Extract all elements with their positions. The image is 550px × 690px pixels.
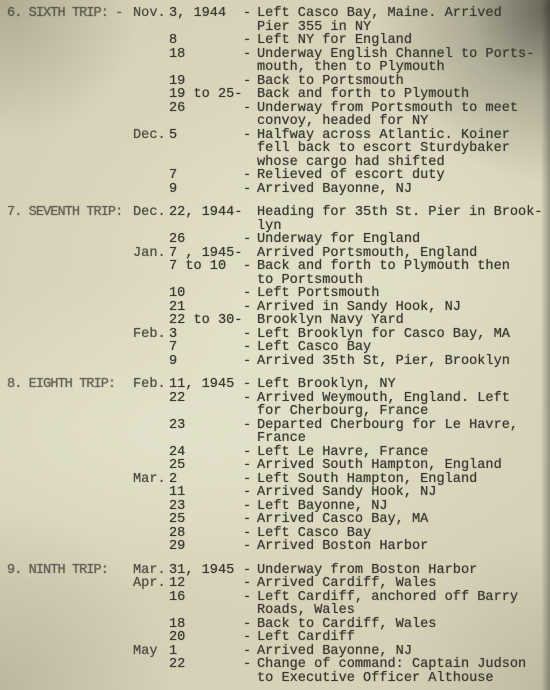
entry-text-line: fell back to escort Sturdybaker — [257, 142, 550, 156]
trip-entry-row: 16-Left Cardiff, anchored off BarryRoads… — [0, 591, 550, 618]
entry-text-line: Arrived South Hampton, England — [257, 459, 550, 473]
entry-description: Halfway across Atlantic. Koinerfell back… — [257, 129, 550, 170]
trip-entry-row: 19 to 25-Back and forth to Plymouth — [0, 88, 550, 102]
entry-description: Left Casco Bay — [257, 527, 550, 541]
entry-day: 22, 1944- — [169, 206, 242, 220]
trip-entry-row: 26-Underway for England — [0, 233, 550, 247]
entry-description: Heading for 35th St. Pier in Brook-lyn — [257, 206, 550, 233]
entry-dash: - — [243, 183, 251, 197]
trip-section: 6. SIXTH TRIP: -Nov.3, 1944-Left Casco B… — [0, 7, 550, 196]
entry-day: 3, 1944 — [169, 7, 226, 21]
trip-entry-row: 9-Arrived Bayonne, NJ — [0, 183, 550, 197]
entry-dash: - — [243, 446, 251, 460]
entry-text-line: Brooklyn Navy Yard — [257, 314, 550, 328]
entry-text-line: Left Bayonne, NJ — [257, 500, 550, 514]
entry-day: 25 — [169, 513, 185, 527]
entry-day: 26 — [169, 102, 185, 116]
entry-dash: - — [243, 540, 251, 554]
entry-text-line: Left Portsmouth — [257, 287, 550, 301]
entry-month: Jan. — [133, 247, 166, 261]
entry-text-line: Left Brooklyn, NY — [257, 378, 550, 392]
entry-day: 18 — [169, 48, 185, 62]
trip-entry-row: 11-Arrived Sandy Hook, NJ — [0, 486, 550, 500]
entry-description: Arrived South Hampton, England — [257, 459, 550, 473]
entry-dash: - — [243, 169, 251, 183]
entry-day: 7 — [169, 341, 177, 355]
trip-entry-row: 22-Arrived Weymouth, England. Leftfor Ch… — [0, 392, 550, 419]
entry-text-line: to Portsmouth — [257, 274, 550, 288]
entry-description: Back and forth to Plymouth thento Portsm… — [257, 260, 550, 287]
entry-description: Underway from Boston Harbor — [257, 564, 550, 578]
entry-description: Arrived in Sandy Hook, NJ — [257, 301, 550, 315]
document-page: 6. SIXTH TRIP: -Nov.3, 1944-Left Casco B… — [0, 0, 550, 690]
trip-entry-row: 21-Arrived in Sandy Hook, NJ — [0, 301, 550, 315]
trip-entry-row: 22 to 30-Brooklyn Navy Yard — [0, 314, 550, 328]
entry-dash: - — [243, 486, 251, 500]
entry-day: 1 — [169, 645, 177, 659]
entry-text-line: Departed Cherbourg for Le Havre, — [257, 419, 550, 433]
entry-day: 12 — [169, 577, 185, 591]
entry-day: 22 — [169, 658, 185, 672]
entry-day: 24 — [169, 446, 185, 460]
entry-description: Left Portsmouth — [257, 287, 550, 301]
entry-day: 9 — [169, 355, 177, 369]
entry-description: Left Brooklyn for Casco Bay, MA — [257, 328, 550, 342]
trip-entry-row: 18-Back to Cardiff, Wales — [0, 618, 550, 632]
entry-text-line: whose cargo had shifted — [257, 156, 550, 170]
entry-day: 21 — [169, 301, 185, 315]
entry-dash: - — [243, 48, 251, 62]
entry-description: Left Casco Bay — [257, 341, 550, 355]
trip-entry-row: 24-Left Le Havre, France — [0, 446, 550, 460]
entry-text-line: convoy, headed for NY — [257, 115, 550, 129]
entry-text-line: Left Casco Bay — [257, 341, 550, 355]
entry-text-line: Back and forth to Plymouth — [257, 88, 550, 102]
entry-text-line: Underway from Portsmouth to meet — [257, 102, 550, 116]
entry-dash: - — [243, 459, 251, 473]
entry-day: 29 — [169, 540, 185, 554]
entry-description: Arrived Boston Harbor — [257, 540, 550, 554]
trip-section: 8. EIGHTH TRIP:Feb.11, 1945-Left Brookly… — [0, 378, 550, 554]
entry-text-line: Left NY for England — [257, 34, 550, 48]
entry-description: Left Le Havre, France — [257, 446, 550, 460]
entry-dash: - — [243, 513, 251, 527]
entry-dash: - — [243, 341, 251, 355]
entry-text-line: Relieved of escort duty — [257, 169, 550, 183]
trip-entry-row: Dec.5-Halfway across Atlantic. Koinerfel… — [0, 129, 550, 170]
trip-entry-row: 19-Back to Portsmouth — [0, 75, 550, 89]
trip-entry-row: 20-Left Cardiff — [0, 631, 550, 645]
entry-month: May — [133, 645, 157, 659]
trip-title: 8. EIGHTH TRIP: — [7, 378, 115, 392]
entry-text-line: Underway for England — [257, 233, 550, 247]
entry-day: 7 — [169, 169, 177, 183]
entry-day: 22 — [169, 392, 185, 406]
entry-text-line: Arrived Portsmouth, England — [257, 247, 550, 261]
entry-month: Feb. — [133, 328, 166, 342]
entry-dash: - — [243, 129, 251, 143]
entry-description: Left Brooklyn, NY — [257, 378, 550, 392]
entry-description: Change of command: Captain Judsonto Exec… — [257, 658, 550, 685]
trip-entry-row: May1-Arrived Bayonne, NJ — [0, 645, 550, 659]
entry-day: 10 — [169, 287, 185, 301]
entry-text-line: Arrived Weymouth, England. Left — [257, 392, 550, 406]
entry-text-line: Arrived 35th St, Pier, Brooklyn — [257, 355, 550, 369]
entry-text-line: Arrived Casco Bay, MA — [257, 513, 550, 527]
trip-entry-row: Jan.7 , 1945-Arrived Portsmouth, England — [0, 247, 550, 261]
trip-entry-row: 7-Left Casco Bay — [0, 341, 550, 355]
trip-entry-row: 25-Arrived Casco Bay, MA — [0, 513, 550, 527]
entry-text-line: Heading for 35th St. Pier in Brook- — [257, 206, 550, 220]
entry-description: Relieved of escort duty — [257, 169, 550, 183]
entry-text-line: lyn — [257, 220, 550, 234]
entry-month: Mar. — [133, 564, 166, 578]
entry-text-line: Halfway across Atlantic. Koiner — [257, 129, 550, 143]
entry-day: 7 , 1945- — [169, 247, 242, 261]
entry-text-line: Arrived Bayonne, NJ — [257, 645, 550, 659]
trip-entry-row: 23-Departed Cherbourg for Le Havre,Franc… — [0, 419, 550, 446]
entry-day: 28 — [169, 527, 185, 541]
entry-day: 16 — [169, 591, 185, 605]
entry-text-line: Arrived Bayonne, NJ — [257, 183, 550, 197]
entry-text-line: Back to Cardiff, Wales — [257, 618, 550, 632]
entry-day: 25 — [169, 459, 185, 473]
entry-month: Mar. — [133, 473, 166, 487]
entry-dash: - — [243, 260, 251, 274]
entry-description: Back to Cardiff, Wales — [257, 618, 550, 632]
entry-month: Feb. — [133, 378, 166, 392]
entry-text-line: Arrived Sandy Hook, NJ — [257, 486, 550, 500]
entry-text-line: Roads, Wales — [257, 604, 550, 618]
entry-dash: - — [243, 355, 251, 369]
trip-entry-row: 22-Change of command: Captain Judsonto E… — [0, 658, 550, 685]
entry-text-line: Back to Portsmouth — [257, 75, 550, 89]
entry-description: Arrived 35th St, Pier, Brooklyn — [257, 355, 550, 369]
entry-description: Left NY for England — [257, 34, 550, 48]
entry-dash: - — [243, 564, 251, 578]
trip-entry-row: 18-Underway English Channel to Ports-mou… — [0, 48, 550, 75]
entry-description: Arrived Cardiff, Wales — [257, 577, 550, 591]
trip-entry-row: 10-Left Portsmouth — [0, 287, 550, 301]
entry-dash: - — [243, 328, 251, 342]
entry-day: 2 — [169, 473, 177, 487]
entry-description: Arrived Bayonne, NJ — [257, 645, 550, 659]
entry-description: Brooklyn Navy Yard — [257, 314, 550, 328]
entry-day: 26 — [169, 233, 185, 247]
entry-text-line: for Cherbourg, France — [257, 405, 550, 419]
entry-dash: - — [243, 591, 251, 605]
entry-day: 7 to 10 — [169, 260, 226, 274]
entry-month: Dec. — [133, 129, 166, 143]
entry-day: 19 to 25- — [169, 88, 242, 102]
entry-day: 19 — [169, 75, 185, 89]
entry-day: 9 — [169, 183, 177, 197]
trip-entry-row: 8-Left NY for England — [0, 34, 550, 48]
entry-text-line: Arrived Boston Harbor — [257, 540, 550, 554]
entry-description: Arrived Casco Bay, MA — [257, 513, 550, 527]
entry-text-line: Left Le Havre, France — [257, 446, 550, 460]
trip-entry-row: 25-Arrived South Hampton, England — [0, 459, 550, 473]
entry-description: Left Bayonne, NJ — [257, 500, 550, 514]
entry-text-line: Left Casco Bay — [257, 527, 550, 541]
entry-description: Arrived Weymouth, England. Leftfor Cherb… — [257, 392, 550, 419]
entry-text-line: Underway from Boston Harbor — [257, 564, 550, 578]
entry-text-line: Left Casco Bay, Maine. Arrived — [257, 7, 550, 21]
entry-dash: - — [243, 618, 251, 632]
entry-day: 5 — [169, 129, 177, 143]
entry-text-line: Arrived in Sandy Hook, NJ — [257, 301, 550, 315]
entry-dash: - — [243, 287, 251, 301]
entry-day: 11, 1945 — [169, 378, 234, 392]
trip-entry-row: 29-Arrived Boston Harbor — [0, 540, 550, 554]
entry-dash: - — [243, 527, 251, 541]
entry-day: 11 — [169, 486, 185, 500]
entry-text-line: Left Brooklyn for Casco Bay, MA — [257, 328, 550, 342]
entry-description: Underway English Channel to Ports-mouth,… — [257, 48, 550, 75]
trip-entry-row: 23-Left Bayonne, NJ — [0, 500, 550, 514]
trip-entry-row: 7 to 10-Back and forth to Plymouth thent… — [0, 260, 550, 287]
entry-description: Left South Hampton, England — [257, 473, 550, 487]
entry-description: Arrived Sandy Hook, NJ — [257, 486, 550, 500]
entry-text-line: Left Cardiff — [257, 631, 550, 645]
trip-entry-row: 28-Left Casco Bay — [0, 527, 550, 541]
entry-description: Underway for England — [257, 233, 550, 247]
entry-description: Arrived Portsmouth, England — [257, 247, 550, 261]
entry-description: Underway from Portsmouth to meetconvoy, … — [257, 102, 550, 129]
entry-dash: - — [243, 378, 251, 392]
entry-dash: - — [243, 102, 251, 116]
trip-entry-row: 6. SIXTH TRIP: -Nov.3, 1944-Left Casco B… — [0, 7, 550, 34]
trip-entry-row: Mar.2-Left South Hampton, England — [0, 473, 550, 487]
trip-entry-row: 8. EIGHTH TRIP:Feb.11, 1945-Left Brookly… — [0, 378, 550, 392]
entry-day: 23 — [169, 500, 185, 514]
entry-text-line: France — [257, 432, 550, 446]
entry-text-line: Underway English Channel to Ports- — [257, 48, 550, 62]
trip-title: 9. NINTH TRIP: — [7, 564, 108, 578]
entry-text-line: Arrived Cardiff, Wales — [257, 577, 550, 591]
entry-description: Left Cardiff, anchored off BarryRoads, W… — [257, 591, 550, 618]
entry-month: Apr. — [133, 577, 166, 591]
entry-text-line: Left South Hampton, England — [257, 473, 550, 487]
trip-title: 6. SIXTH TRIP: - — [7, 7, 122, 21]
entry-dash: - — [243, 658, 251, 672]
entry-text-line: to Executive Officer Althouse — [257, 672, 550, 686]
entry-description: Arrived Bayonne, NJ — [257, 183, 550, 197]
entry-month: Dec. — [133, 206, 166, 220]
entry-text-line: Pier 355 in NY — [257, 21, 550, 35]
entry-description: Departed Cherbourg for Le Havre,France — [257, 419, 550, 446]
entry-dash: - — [243, 473, 251, 487]
trip-title: 7. SEVENTH TRIP: — [7, 206, 122, 220]
trip-entry-row: Feb.3-Left Brooklyn for Casco Bay, MA — [0, 328, 550, 342]
entry-description: Back to Portsmouth — [257, 75, 550, 89]
trip-entry-row: 9. NINTH TRIP:Mar.31, 1945-Underway from… — [0, 564, 550, 578]
trip-section: 7. SEVENTH TRIP:Dec.22, 1944-Heading for… — [0, 206, 550, 368]
entry-text-line: Change of command: Captain Judson — [257, 658, 550, 672]
trip-entry-row: 7-Relieved of escort duty — [0, 169, 550, 183]
entry-month: Nov. — [133, 7, 166, 21]
entry-description: Left Casco Bay, Maine. ArrivedPier 355 i… — [257, 7, 550, 34]
entry-day: 23 — [169, 419, 185, 433]
entry-dash: - — [243, 301, 251, 315]
entry-day: 20 — [169, 631, 185, 645]
entry-description: Left Cardiff — [257, 631, 550, 645]
entry-day: 18 — [169, 618, 185, 632]
entry-description: Back and forth to Plymouth — [257, 88, 550, 102]
entry-text-line: mouth, then to Plymouth — [257, 61, 550, 75]
entry-day: 22 to 30- — [169, 314, 242, 328]
entry-text-line: Back and forth to Plymouth then — [257, 260, 550, 274]
trip-entry-row: Apr.12-Arrived Cardiff, Wales — [0, 577, 550, 591]
entry-dash: - — [243, 233, 251, 247]
entry-dash: - — [243, 500, 251, 514]
entry-dash: - — [243, 631, 251, 645]
trip-entry-row: 26-Underway from Portsmouth to meetconvo… — [0, 102, 550, 129]
entry-dash: - — [243, 34, 251, 48]
entry-dash: - — [243, 645, 251, 659]
entry-dash: - — [243, 392, 251, 406]
entry-dash: - — [243, 7, 251, 21]
entry-dash: - — [243, 75, 251, 89]
trip-section: 9. NINTH TRIP:Mar.31, 1945-Underway from… — [0, 564, 550, 686]
trip-entry-row: 7. SEVENTH TRIP:Dec.22, 1944-Heading for… — [0, 206, 550, 233]
entry-day: 8 — [169, 34, 177, 48]
entry-day: 3 — [169, 328, 177, 342]
entry-day: 31, 1945 — [169, 564, 234, 578]
entry-dash: - — [243, 419, 251, 433]
entry-dash: - — [243, 577, 251, 591]
entry-text-line: Left Cardiff, anchored off Barry — [257, 591, 550, 605]
trip-entry-row: 9-Arrived 35th St, Pier, Brooklyn — [0, 355, 550, 369]
